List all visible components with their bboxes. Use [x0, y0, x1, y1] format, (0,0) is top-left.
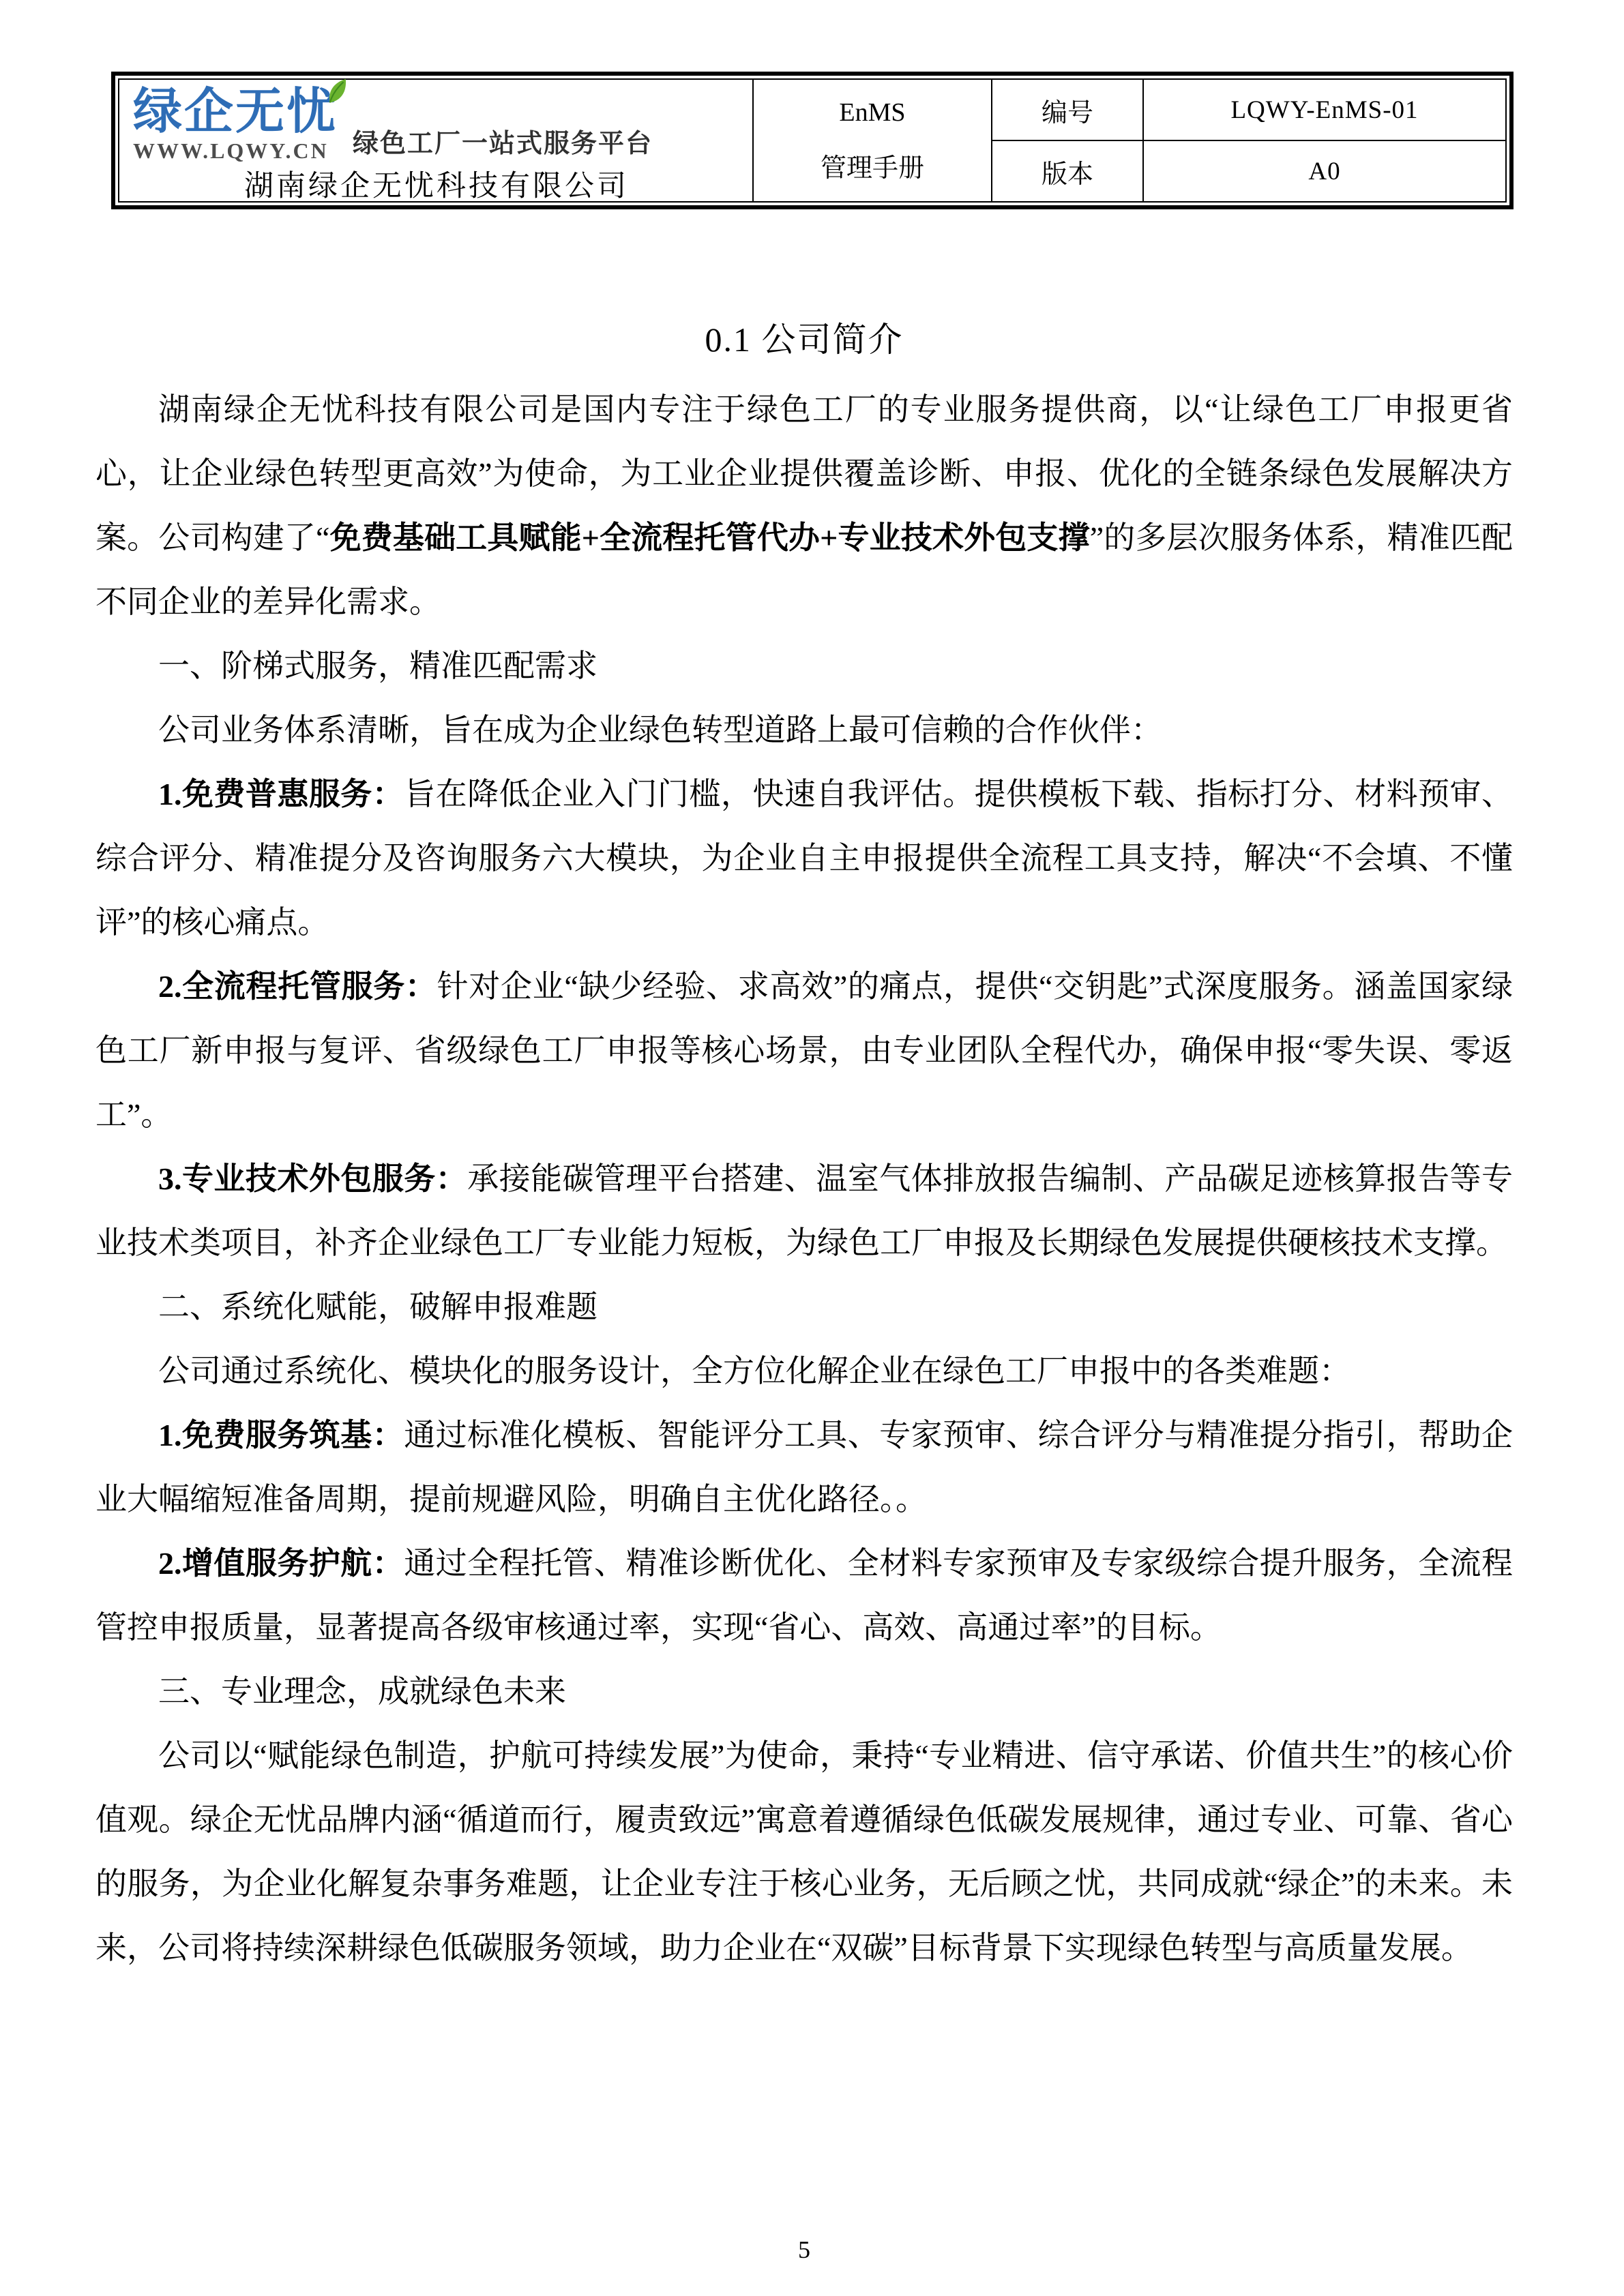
meta-value-number: LQWY-EnMS-01 — [1144, 80, 1505, 140]
page-number: 5 — [95, 2235, 1513, 2264]
website-url: WWW.LQWY.CN — [133, 138, 338, 163]
bold-run: 1.免费服务筑基： — [158, 1418, 404, 1452]
meta-row-number: 编号 LQWY-EnMS-01 — [992, 80, 1505, 141]
bold-run: 2.全流程托管服务： — [158, 969, 437, 1004]
doc-title-cell: EnMS 管理手册 — [754, 80, 992, 201]
meta-label-version: 版本 — [992, 141, 1144, 201]
heading-section-3: 三、专业理念，成就绿色未来 — [95, 1660, 1513, 1724]
section-title: 0.1 公司简介 — [95, 305, 1513, 374]
company-name: 湖南绿企无忧科技有限公司 — [133, 163, 740, 205]
bold-run: 免费基础工具赋能+全流程托管代办+专业技术外包支撑 — [329, 520, 1089, 555]
paragraph-value-added: 2.增值服务护航：通过全程托管、精准诊断优化、全材料专家预审及专家级综合提升服务… — [95, 1532, 1513, 1660]
meta-row-version: 版本 A0 — [992, 141, 1505, 201]
brand-row: 绿企无忧 WWW.LQWY.CN 绿色工厂一站式服务平台 — [133, 87, 740, 163]
logo-wordmark-wrap: 绿企无忧 — [133, 87, 338, 137]
meta-cell: 编号 LQWY-EnMS-01 版本 A0 — [992, 80, 1505, 201]
paragraph-service-system: 公司业务体系清晰，旨在成为企业绿色转型道路上最可信赖的合作伙伴： — [95, 698, 1513, 762]
bold-run: 3.专业技术外包服务： — [158, 1161, 467, 1196]
leaf-icon — [321, 75, 354, 108]
paragraph-free-service: 1.免费普惠服务：旨在降低企业入门门槛，快速自我评估。提供模板下载、指标打分、材… — [95, 762, 1513, 955]
meta-label-number: 编号 — [992, 80, 1144, 140]
paragraph-trustee-service: 2.全流程托管服务：针对企业“缺少经验、求高效”的痛点，提供“交钥匙”式深度服务… — [95, 955, 1513, 1147]
header-table: 绿企无忧 WWW.LQWY.CN 绿色工厂一站式服务平台 湖南绿企无忧科技有限公… — [111, 72, 1514, 209]
heading-section-1: 一、阶梯式服务，精准匹配需求 — [95, 634, 1513, 698]
logo: 绿企无忧 WWW.LQWY.CN — [133, 87, 338, 163]
heading-section-2: 二、系统化赋能，破解申报难题 — [95, 1275, 1513, 1339]
paragraph-free-foundation: 1.免费服务筑基：通过标准化模板、智能评分工具、专家预审、综合评分与精准提分指引… — [95, 1403, 1513, 1532]
doc-title-line1: EnMS — [839, 98, 905, 128]
bold-run: 1.免费普惠服务： — [158, 777, 404, 811]
paragraph-company-intro: 湖南绿企无忧科技有限公司是国内专注于绿色工厂的专业服务提供商，以“让绿色工厂申报… — [95, 378, 1513, 634]
document-body: 0.1 公司简介 湖南绿企无忧科技有限公司是国内专注于绿色工厂的专业服务提供商，… — [95, 305, 1513, 1980]
document-page: 绿企无忧 WWW.LQWY.CN 绿色工厂一站式服务平台 湖南绿企无忧科技有限公… — [0, 0, 1624, 2296]
paragraph-philosophy: 公司以“赋能绿色制造，护航可持续发展”为使命，秉持“专业精进、信守承诺、价值共生… — [95, 1724, 1513, 1980]
paragraph-outsourcing-service: 3.专业技术外包服务：承接能碳管理平台搭建、温室气体排放报告编制、产品碳足迹核算… — [95, 1147, 1513, 1275]
paragraph-systematic-design: 公司通过系统化、模块化的服务设计，全方位化解企业在绿色工厂申报中的各类难题： — [95, 1339, 1513, 1403]
doc-title-line2: 管理手册 — [821, 147, 924, 184]
bold-run: 2.增值服务护航： — [158, 1546, 404, 1581]
brand-tagline: 绿色工厂一站式服务平台 — [353, 122, 653, 160]
meta-value-version: A0 — [1144, 141, 1505, 201]
header-table-inner: 绿企无忧 WWW.LQWY.CN 绿色工厂一站式服务平台 湖南绿企无忧科技有限公… — [118, 78, 1507, 203]
brand-logo-text: 绿企无忧 — [133, 87, 338, 137]
brand-cell: 绿企无忧 WWW.LQWY.CN 绿色工厂一站式服务平台 湖南绿企无忧科技有限公… — [119, 80, 754, 201]
